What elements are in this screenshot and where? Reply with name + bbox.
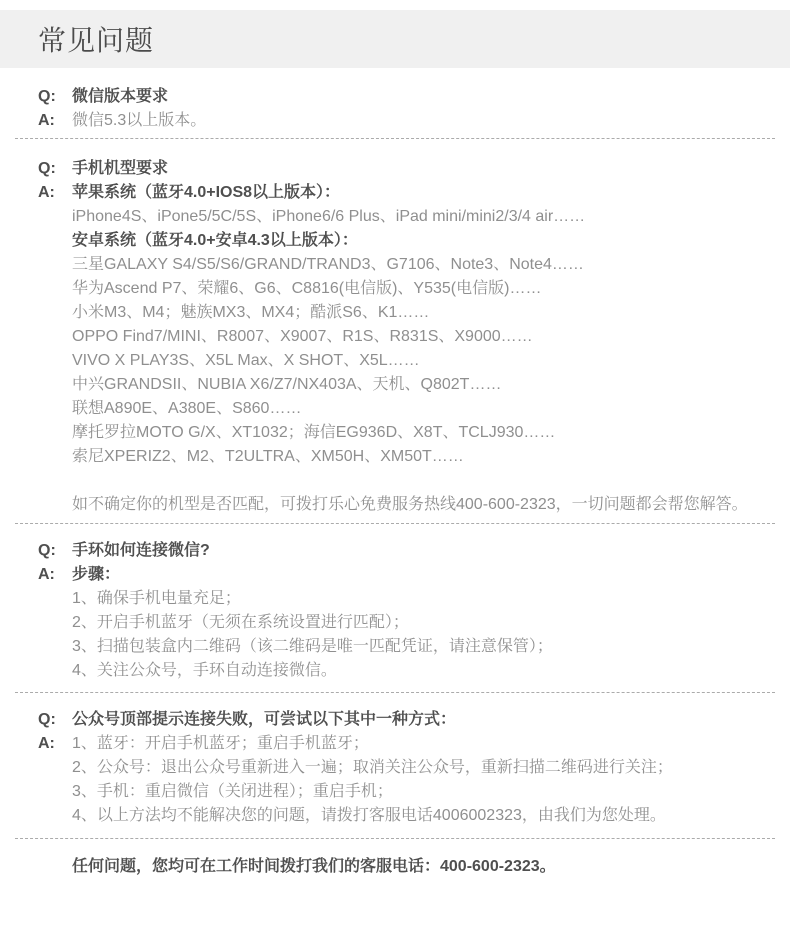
- blank-line: [0, 469, 778, 493]
- step-row: 4、关注公众号，手环自动连接微信。: [0, 659, 778, 683]
- step-row: 1、确保手机电量充足；: [0, 587, 778, 611]
- answer-text: 微信5.3以上版本。: [72, 109, 206, 133]
- method-3-text: 3、手机：重启微信（关闭进程）；重启手机；: [72, 780, 393, 804]
- a-label: A:: [38, 181, 72, 205]
- device-list-row: VIVO X PLAY3S、X5L Max、X SHOT、X5L……: [0, 349, 778, 373]
- question-text: 微信版本要求: [72, 85, 168, 109]
- step-row: 2、开启手机蓝牙（无须在系统设置进行匹配）；: [0, 611, 778, 635]
- xiaomi-device-list: 小米M3、M4；魅族MX3、MX4；酷派S6、K1……: [72, 301, 429, 325]
- answer-row: A: 微信5.3以上版本。: [0, 109, 778, 133]
- question-text: 公众号顶部提示连接失败，可尝试以下其中一种方式：: [72, 708, 456, 732]
- device-list-row: iPhone4S、iPone5/5C/5S、iPhone6/6 Plus、iPa…: [0, 205, 778, 229]
- android-heading-row: 安卓系统（蓝牙4.0+安卓4.3以上版本）：: [0, 229, 778, 253]
- footer-hotline-text: 任何问题，您均可在工作时间拨打我们的客服电话：400-600-2323。: [72, 855, 556, 879]
- step-1-text: 1、确保手机电量充足；: [72, 587, 241, 611]
- step-2-text: 2、开启手机蓝牙（无须在系统设置进行匹配）；: [72, 611, 409, 635]
- android-requirements-heading: 安卓系统（蓝牙4.0+安卓4.3以上版本）：: [72, 229, 358, 253]
- step-row: 3、扫描包装盒内二维码（该二维码是唯一匹配凭证，请注意保管）；: [0, 635, 778, 659]
- faq-section-wechat-version: Q: 微信版本要求 A: 微信5.3以上版本。: [0, 68, 790, 138]
- method-row: 2、公众号：退出公众号重新进入一遍；取消关注公众号，重新扫描二维码进行关注；: [0, 756, 778, 780]
- step-4-text: 4、关注公众号，手环自动连接微信。: [72, 659, 337, 683]
- zte-device-list: 中兴GRANDSII、NUBIA X6/Z7/NX403A、天机、Q802T……: [72, 373, 501, 397]
- method-1-text: 1、蓝牙：开启手机蓝牙；重启手机蓝牙；: [72, 732, 369, 756]
- method-row: 3、手机：重启微信（关闭进程）；重启手机；: [0, 780, 778, 804]
- faq-section-phone-models: Q: 手机机型要求 A: 苹果系统（蓝牙4.0+IOS8以上版本）： iPhon…: [0, 139, 790, 523]
- answer-row: A: 步骤：: [0, 563, 778, 587]
- question-row: Q: 手机机型要求: [0, 157, 778, 181]
- a-label: A:: [38, 109, 72, 133]
- page-title: 常见问题: [38, 19, 154, 59]
- method-row: 4、以上方法均不能解决您的问题，请拨打客服电话4006002323，由我们为您处…: [0, 804, 778, 828]
- question-row: Q: 微信版本要求: [0, 85, 778, 109]
- q-label: Q:: [38, 157, 72, 181]
- hotline-note-row: 如不确定你的机型是否匹配，可拨打乐心免费服务热线400-600-2323，一切问…: [0, 493, 778, 517]
- faq-section-connect-wechat: Q: 手环如何连接微信? A: 步骤： 1、确保手机电量充足； 2、开启手机蓝牙…: [0, 524, 790, 692]
- question-text: 手环如何连接微信?: [72, 539, 210, 563]
- device-list-row: 中兴GRANDSII、NUBIA X6/Z7/NX403A、天机、Q802T……: [0, 373, 778, 397]
- q-label: Q:: [38, 539, 72, 563]
- ios-device-list: iPhone4S、iPone5/5C/5S、iPhone6/6 Plus、iPa…: [72, 205, 585, 229]
- device-list-row: OPPO Find7/MINI、R8007、X9007、R1S、R831S、X9…: [0, 325, 778, 349]
- ios-requirements-heading: 苹果系统（蓝牙4.0+IOS8以上版本）：: [72, 181, 340, 205]
- device-list-row: 联想A890E、A380E、S860……: [0, 397, 778, 421]
- samsung-device-list: 三星GALAXY S4/S5/S6/GRAND/TRAND3、G7106、Not…: [72, 253, 584, 277]
- a-label: A:: [38, 563, 72, 587]
- answer-row: A: 苹果系统（蓝牙4.0+IOS8以上版本）：: [0, 181, 778, 205]
- lenovo-device-list: 联想A890E、A380E、S860……: [72, 397, 301, 421]
- huawei-device-list: 华为Ascend P7、荣耀6、G6、C8816(电信版)、Y535(电信版)……: [72, 277, 541, 301]
- question-text: 手机机型要求: [72, 157, 168, 181]
- faq-section-connection-failure: Q: 公众号顶部提示连接失败，可尝试以下其中一种方式： A: 1、蓝牙：开启手机…: [0, 693, 790, 838]
- motorola-device-list: 摩托罗拉MOTO G/X、XT1032；海信EG936D、X8T、TCLJ930…: [72, 421, 555, 445]
- method-4-text: 4、以上方法均不能解决您的问题，请拨打客服电话4006002323，由我们为您处…: [72, 804, 666, 828]
- footer-hotline-row: 任何问题，您均可在工作时间拨打我们的客服电话：400-600-2323。: [0, 855, 790, 879]
- page-header: 常见问题: [0, 10, 790, 68]
- answer-row: A: 1、蓝牙：开启手机蓝牙；重启手机蓝牙；: [0, 732, 778, 756]
- q-label: Q:: [38, 708, 72, 732]
- hotline-note-text: 如不确定你的机型是否匹配，可拨打乐心免费服务热线400-600-2323，一切问…: [72, 493, 748, 517]
- oppo-device-list: OPPO Find7/MINI、R8007、X9007、R1S、R831S、X9…: [72, 325, 533, 349]
- device-list-row: 摩托罗拉MOTO G/X、XT1032；海信EG936D、X8T、TCLJ930…: [0, 421, 778, 445]
- a-label: A:: [38, 732, 72, 756]
- device-list-row: 小米M3、M4；魅族MX3、MX4；酷派S6、K1……: [0, 301, 778, 325]
- q-label: Q:: [38, 85, 72, 109]
- vivo-device-list: VIVO X PLAY3S、X5L Max、X SHOT、X5L……: [72, 349, 420, 373]
- device-list-row: 三星GALAXY S4/S5/S6/GRAND/TRAND3、G7106、Not…: [0, 253, 778, 277]
- sony-device-list: 索尼XPERIZ2、M2、T2ULTRA、XM50H、XM50T……: [72, 445, 464, 469]
- steps-heading: 步骤：: [72, 563, 120, 587]
- footer-hotline-section: 任何问题，您均可在工作时间拨打我们的客服电话：400-600-2323。: [0, 839, 790, 879]
- question-row: Q: 公众号顶部提示连接失败，可尝试以下其中一种方式：: [0, 708, 778, 732]
- method-2-text: 2、公众号：退出公众号重新进入一遍；取消关注公众号，重新扫描二维码进行关注；: [72, 756, 673, 780]
- device-list-row: 索尼XPERIZ2、M2、T2ULTRA、XM50H、XM50T……: [0, 445, 778, 469]
- step-3-text: 3、扫描包装盒内二维码（该二维码是唯一匹配凭证，请注意保管）；: [72, 635, 553, 659]
- question-row: Q: 手环如何连接微信?: [0, 539, 778, 563]
- device-list-row: 华为Ascend P7、荣耀6、G6、C8816(电信版)、Y535(电信版)……: [0, 277, 778, 301]
